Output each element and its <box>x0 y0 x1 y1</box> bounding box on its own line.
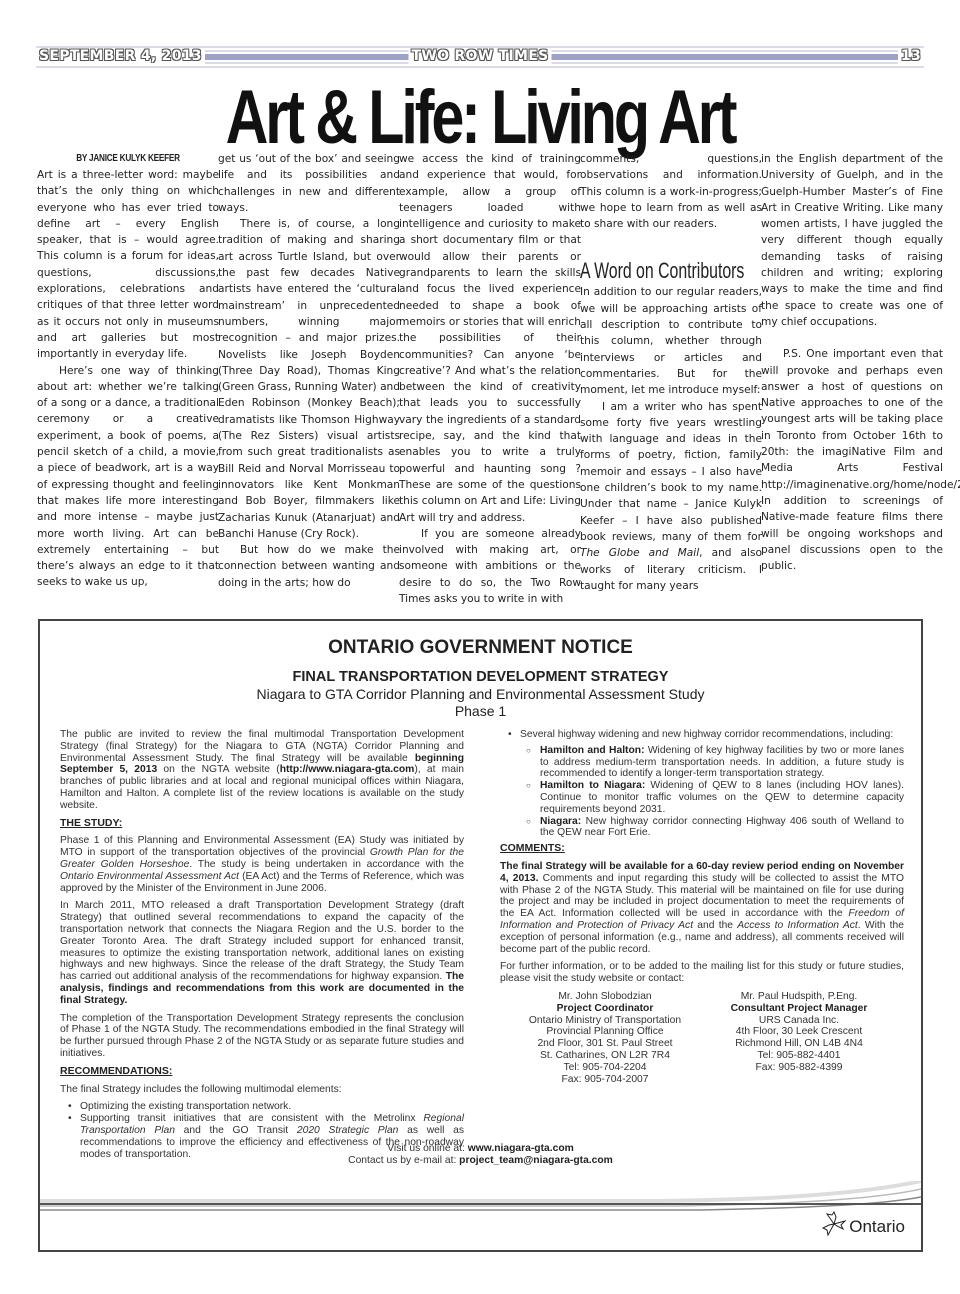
study-paragraph: Phase 1 of this Planning and Environment… <box>60 835 464 894</box>
email-link[interactable]: project_team@niagara-gta.com <box>459 1155 613 1166</box>
paragraph: in the English department of the Univers… <box>761 151 943 330</box>
text-span: Hamilton and Halton: <box>540 745 645 756</box>
contact-tel: Tel: 905-704-2204 <box>510 1062 700 1074</box>
notice-footer: Visit us online at: www.niagara-gta.com … <box>40 1143 921 1167</box>
notice-phase: Phase 1 <box>40 703 921 719</box>
text-span: and the <box>693 920 737 931</box>
text-span: Contact us by e-mail at: <box>348 1155 459 1166</box>
notice-title: ONTARIO GOVERNMENT NOTICE <box>40 637 921 659</box>
text-span: Niagara: <box>540 816 581 827</box>
notice-subtitle: FINAL TRANSPORTATION DEVELOPMENT STRATEG… <box>40 669 921 685</box>
contact-office: Provincial Planning Office <box>510 1026 700 1038</box>
contacts: Mr. John Slobodzian Project Coordinator … <box>500 991 904 1085</box>
contact-fax: Fax: 905-704-2007 <box>510 1074 700 1086</box>
article-column-2: get us ‘out of the box’ and seeing life … <box>218 151 400 591</box>
list-item: •Several highway widening and new highwa… <box>500 729 904 741</box>
bullet-icon: • <box>68 1113 72 1125</box>
contact-name: Mr. Paul Hudspith, P.Eng. <box>704 991 894 1003</box>
section-subhead: A Word on Contributors <box>580 258 711 284</box>
text-span: . The study is being undertaken in accor… <box>189 859 464 870</box>
text-span: 2020 Strategic Plan <box>297 1125 399 1136</box>
contact-city: Richmond Hill, ON L4B 4N4 <box>704 1038 894 1050</box>
recommendations-list-cont: •Several highway widening and new highwa… <box>500 729 904 741</box>
paragraph: There is, of course, a long tradition of… <box>218 216 400 542</box>
masthead: SEPTEMBER 4, 2013 TWO ROW TIMES 13 <box>36 46 924 68</box>
paragraph: Art is a three-letter word: maybe that’s… <box>37 167 219 363</box>
text-span: Visit us online at: <box>387 1143 468 1154</box>
paragraph: If you are someone already involved with… <box>399 526 581 607</box>
notice-intro: The public are invited to review the fin… <box>60 729 464 812</box>
contact-role: Project Coordinator <box>510 1003 700 1015</box>
issue-date: SEPTEMBER 4, 2013 <box>36 48 205 64</box>
text-span: New highway corridor connecting Highway … <box>540 816 904 839</box>
paragraph: comments, questions, observations and in… <box>580 151 762 232</box>
list-item: ○Hamilton and Halton: Widening of key hi… <box>500 745 904 780</box>
contact-tel: Tel: 905-882-4401 <box>704 1050 894 1062</box>
recommendations-intro: The final Strategy includes the followin… <box>60 1084 464 1096</box>
text-span: Optimizing the existing transportation n… <box>80 1101 291 1112</box>
paragraph: I am a writer who has spent some forty f… <box>580 399 762 595</box>
postscript-paragraph: P.S. One important even that will provok… <box>761 346 943 574</box>
article-column-4: comments, questions, observations and in… <box>580 151 762 594</box>
bullet-icon: • <box>68 1101 72 1113</box>
text-span: on the NGTA website ( <box>157 764 280 775</box>
text-span: Ontario Environmental Assessment Act <box>60 871 239 882</box>
circle-bullet-icon: ○ <box>526 745 531 757</box>
article-column-5: in the English department of the Univers… <box>761 151 943 574</box>
list-item: •Optimizing the existing transportation … <box>60 1101 464 1113</box>
comments-heading: COMMENTS: <box>500 843 904 855</box>
study-paragraph: In March 2011, MTO released a draft Tran… <box>60 900 464 1006</box>
contact-fax: Fax: 905-882-4399 <box>704 1062 894 1074</box>
contact-city: St. Catharines, ON L2R 7R4 <box>510 1050 700 1062</box>
trillium-icon <box>821 1211 847 1237</box>
text-span: In March 2011, MTO released a draft Tran… <box>60 900 464 982</box>
circle-bullet-icon: ○ <box>526 816 531 828</box>
text-span: Several highway widening and new highway… <box>520 729 893 740</box>
study-heading: THE STUDY: <box>60 818 464 830</box>
text-span: and the GO Transit <box>175 1125 297 1136</box>
comments-paragraph: The final Strategy will be available for… <box>500 861 904 955</box>
byline: BY JANICE KULYK KEEFER <box>53 151 202 167</box>
article-column-3: we access the kind of training and exper… <box>399 151 581 607</box>
highway-sublist: ○Hamilton and Halton: Widening of key hi… <box>500 745 904 839</box>
bullet-icon: • <box>508 729 512 741</box>
paragraph: In addition to our regular readers, we w… <box>580 284 762 398</box>
text-span: Comments and input regarding this study … <box>500 873 904 919</box>
text-span: Access to Information Act <box>737 920 857 931</box>
paragraph: Here’s one way of thinking about art: wh… <box>37 363 219 591</box>
contact-card: Mr. Paul Hudspith, P.Eng. Consultant Pro… <box>704 991 894 1085</box>
notice-left-column: The public are invited to review the fin… <box>60 729 464 1164</box>
visit-line: Visit us online at: www.niagara-gta.com <box>40 1143 921 1155</box>
paragraph: get us ‘out of the box’ and seeing life … <box>218 151 400 216</box>
contact-name: Mr. John Slobodzian <box>510 991 700 1003</box>
study-paragraph: The completion of the Transportation Dev… <box>60 1013 464 1060</box>
further-info: For further information, or to be added … <box>500 961 904 985</box>
article-headline: Art & Life: Living Art <box>106 76 855 160</box>
contact-address: 2nd Floor, 301 St. Paul Street <box>510 1038 700 1050</box>
notice-study-name: Niagara to GTA Corridor Planning and Env… <box>40 686 921 702</box>
ontario-logo: Ontario <box>821 1211 905 1237</box>
contact-org: URS Canada Inc. <box>704 1015 894 1027</box>
website-link[interactable]: http://www.niagara-gta.com <box>280 764 415 775</box>
list-item: ○Hamilton to Niagara: Widening of QEW to… <box>500 780 904 815</box>
text-span: I am a writer who has spent some forty f… <box>580 401 762 543</box>
notice-right-column: •Several highway widening and new highwa… <box>500 729 904 1085</box>
circle-bullet-icon: ○ <box>526 780 531 792</box>
paper-name: TWO ROW TIMES <box>408 48 551 64</box>
contact-card: Mr. John Slobodzian Project Coordinator … <box>510 991 700 1085</box>
text-span: Hamilton to Niagara: <box>540 780 645 791</box>
contact-address: 4th Floor, 30 Leek Crescent <box>704 1026 894 1038</box>
website-link[interactable]: www.niagara-gta.com <box>468 1143 574 1154</box>
publication-title: The Globe and Mail <box>580 547 699 559</box>
contact-role: Consultant Project Manager <box>704 1003 894 1015</box>
text-span: Supporting transit initiatives that are … <box>80 1113 423 1124</box>
paragraph: But how do we make the connection betwee… <box>218 542 400 591</box>
ontario-wordmark: Ontario <box>849 1217 905 1237</box>
list-item: ○Niagara: New highway corridor connectin… <box>500 816 904 840</box>
recommendations-heading: RECOMMENDATIONS: <box>60 1066 464 1078</box>
article-column-1: BY JANICE KULYK KEEFER Art is a three-le… <box>37 151 219 591</box>
page-number: 13 <box>898 48 924 64</box>
text-span: The public are invited to review the fin… <box>60 729 464 764</box>
email-line: Contact us by e-mail at: project_team@ni… <box>40 1155 921 1167</box>
divider <box>40 1203 921 1205</box>
government-notice-ad: ONTARIO GOVERNMENT NOTICE FINAL TRANSPOR… <box>38 619 923 1252</box>
paragraph: we access the kind of training and exper… <box>399 151 581 526</box>
contact-org: Ontario Ministry of Transportation <box>510 1015 700 1027</box>
